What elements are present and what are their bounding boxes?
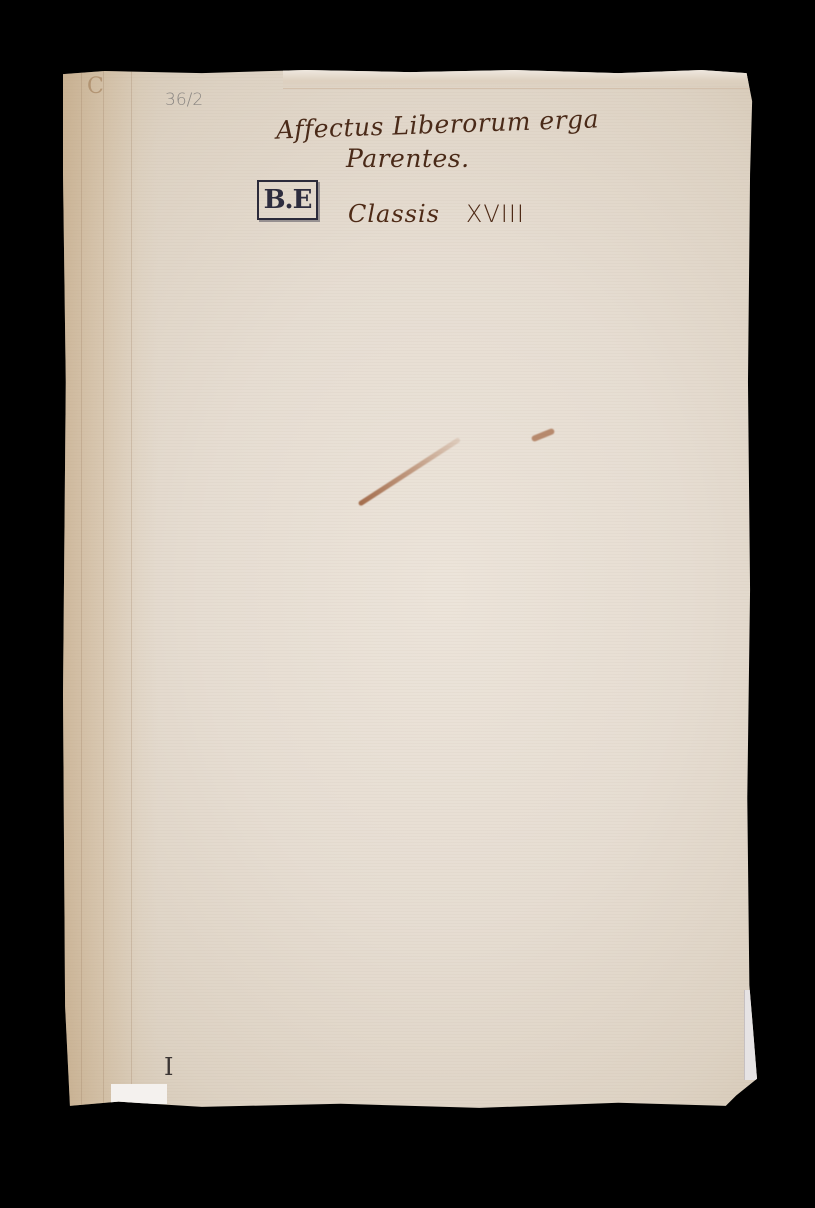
stamp-text: B.E xyxy=(264,185,312,215)
top-edge-curl xyxy=(283,70,753,89)
title-line-1: Affectus Liberorum erga xyxy=(276,104,600,144)
fold-line xyxy=(131,70,132,1110)
classis-number: XVIII xyxy=(466,200,525,228)
torn-corner-patch xyxy=(111,1084,167,1104)
manuscript-page: C 36/2 Affectus Liberorum erga Parentes.… xyxy=(63,70,757,1110)
spine-discoloration xyxy=(63,70,158,1110)
fold-line xyxy=(103,70,104,1110)
scan-background: C 36/2 Affectus Liberorum erga Parentes.… xyxy=(0,0,815,1208)
fold-line xyxy=(81,70,82,1110)
classis-label: Classis XVIII xyxy=(348,200,525,228)
library-stamp: B.E xyxy=(257,180,318,220)
classis-word: Classis xyxy=(348,200,440,228)
pencil-shelfmark: 36/2 xyxy=(165,90,203,110)
rust-stain xyxy=(531,428,556,443)
rust-stain-streak xyxy=(358,437,461,507)
underlying-sheet-edge xyxy=(744,990,757,1080)
corner-mark: C xyxy=(87,74,104,99)
title-line-2: Parentes. xyxy=(346,144,470,173)
folio-number: I xyxy=(164,1053,173,1081)
